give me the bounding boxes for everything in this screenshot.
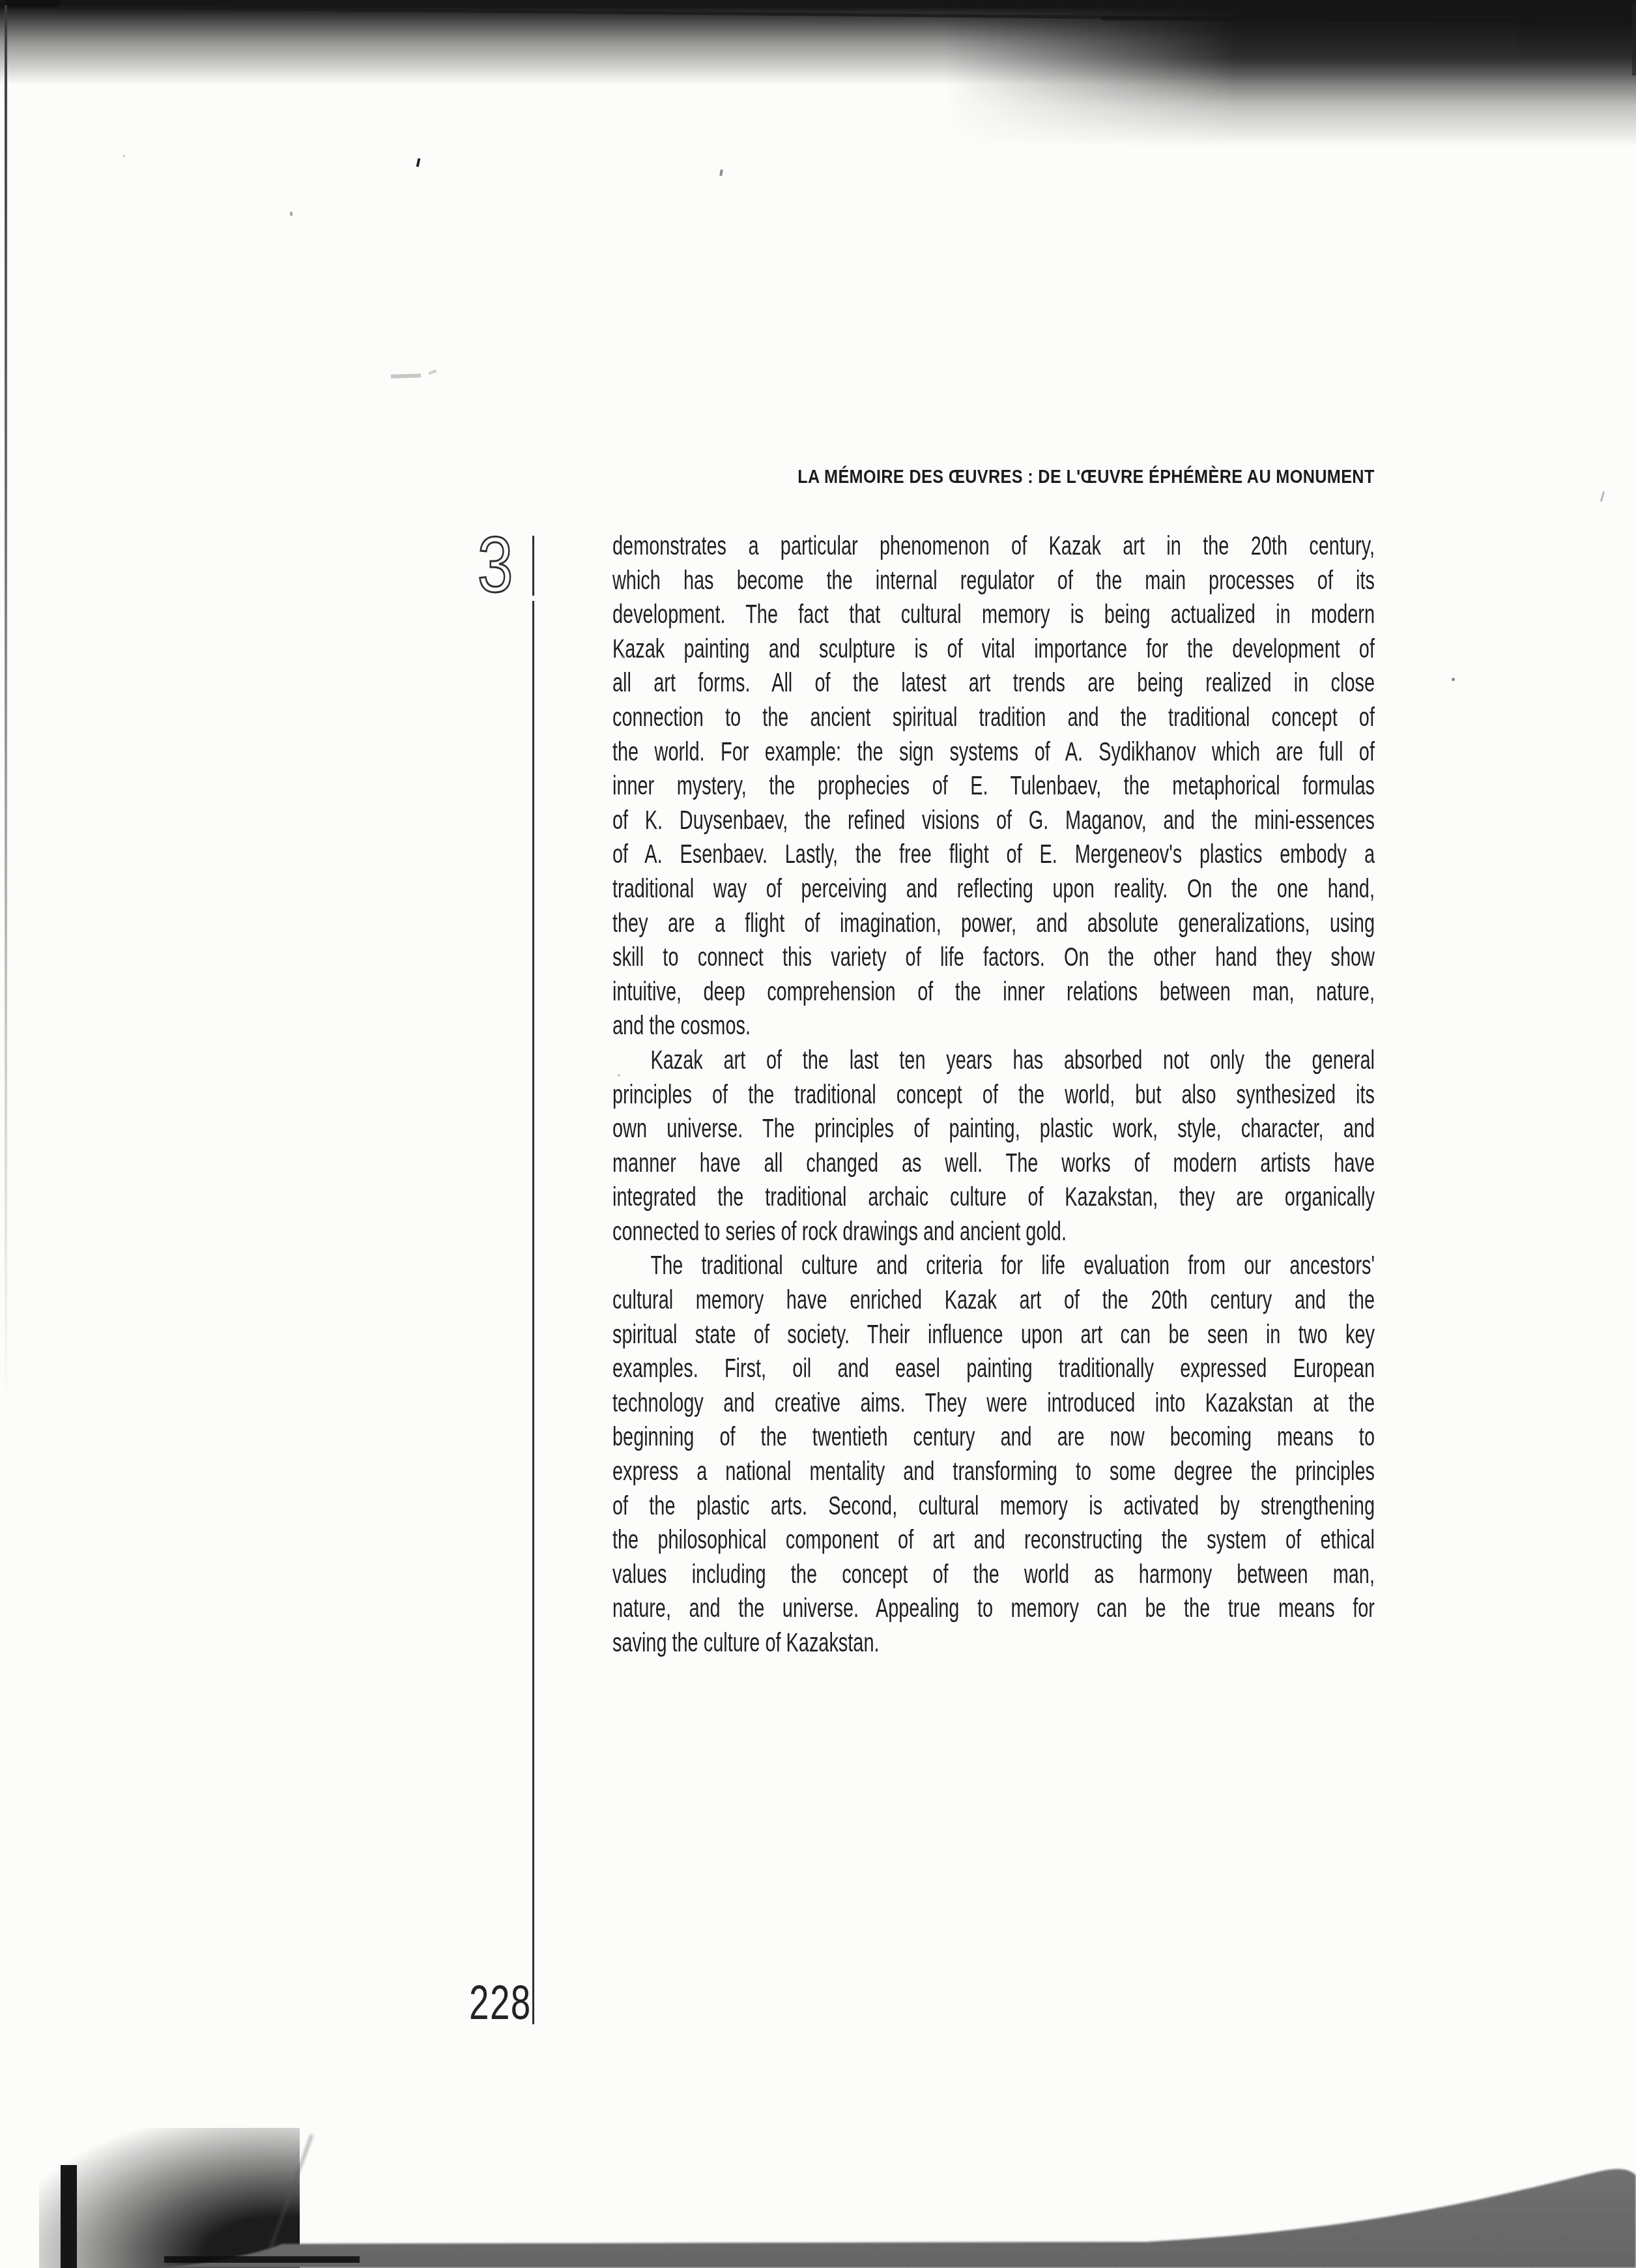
body-line: connection to the ancient spiritual trad…	[612, 701, 1375, 735]
body-line: development. The fact that cultural memo…	[612, 598, 1375, 632]
scan-speck	[123, 155, 125, 157]
body-line: the philosophical component of art and r…	[612, 1523, 1375, 1558]
body-line: integrated the traditional archaic cultu…	[612, 1180, 1375, 1215]
scan-speck	[1452, 678, 1455, 681]
body-line: own universe. The principles of painting…	[612, 1112, 1375, 1146]
paragraph: The traditional culture and criteria for…	[612, 1249, 1375, 1660]
chapter-number-glyph: 3	[478, 522, 513, 609]
scan-shadow-bottom	[0, 2097, 1636, 2268]
body-line: Kazak art of the last ten years has abso…	[612, 1043, 1375, 1078]
body-line: The traditional culture and criteria for…	[612, 1249, 1375, 1283]
scan-top-edge-line	[57, 5, 1636, 24]
scan-right-edge-strip	[1632, 4, 1636, 76]
scan-speck	[416, 158, 421, 167]
body-line: cultural memory have enriched Kazak art …	[612, 1283, 1375, 1318]
scan-top-streak	[1101, 16, 1636, 23]
body-line: and the cosmos.	[612, 1009, 1375, 1043]
body-line: inner mystery, the prophecies of E. Tule…	[612, 769, 1375, 804]
body-line: the world. For example: the sign systems…	[612, 735, 1375, 770]
body-line: technology and creative aims. They were …	[612, 1386, 1375, 1421]
body-line: of A. Esenbaev. Lastly, the free flight …	[612, 837, 1375, 872]
body-line: which has become the internal regulator …	[612, 564, 1375, 598]
page-number: 228	[469, 1979, 532, 2027]
scan-speck	[1600, 491, 1605, 502]
margin-rule	[532, 601, 534, 2024]
body-line: values including the concept of the worl…	[612, 1558, 1375, 1592]
scan-edge-bar	[61, 2165, 77, 2268]
scan-noise-top-right	[945, 0, 1636, 153]
body-line: Kazak painting and sculpture is of vital…	[612, 632, 1375, 667]
body-line: spiritual state of society. Their influe…	[612, 1318, 1375, 1352]
body-line: saving the culture of Kazakstan.	[612, 1626, 1375, 1661]
running-header: LA MÉMOIRE DES ŒUVRES : DE L'ŒUVRE ÉPHÉM…	[798, 467, 1375, 488]
body-line: manner have all changed as well. The wor…	[612, 1146, 1375, 1181]
scan-speck	[429, 370, 437, 375]
body-line: demonstrates a particular phenomenon of …	[612, 529, 1375, 564]
scan-speck	[391, 373, 421, 379]
margin-rule-top	[532, 536, 534, 596]
body-line: they are a flight of imagination, power,…	[612, 907, 1375, 941]
body-line: nature, and the universe. Appealing to m…	[612, 1592, 1375, 1626]
scan-shadow-diagonal	[269, 2134, 313, 2248]
scan-corner-mark	[5, 0, 60, 7]
body-line: principles of the traditional concept of…	[612, 1078, 1375, 1112]
body-line: all art forms. All of the latest art tre…	[612, 666, 1375, 701]
body-line: intuitive, deep comprehension of the inn…	[612, 975, 1375, 1010]
body-text: demonstrates a particular phenomenon of …	[612, 529, 1375, 1661]
chapter-number: 3	[476, 521, 530, 609]
body-line: examples. First, oil and easel painting …	[612, 1352, 1375, 1386]
scan-speck	[290, 212, 293, 216]
scan-noise-top-right-corner	[1518, 0, 1636, 60]
scan-page-edge-line	[5, 5, 7, 1406]
paragraph: demonstrates a particular phenomenon of …	[612, 529, 1375, 1043]
scan-speck	[719, 169, 723, 177]
paragraph: Kazak art of the last ten years has abso…	[612, 1043, 1375, 1249]
body-line: express a national mentality and transfo…	[612, 1455, 1375, 1489]
body-line: connected to series of rock drawings and…	[612, 1215, 1375, 1249]
body-line: beginning of the twentieth century and a…	[612, 1420, 1375, 1455]
scan-noise-top-band	[0, 0, 1636, 85]
body-line: of the plastic arts. Second, cultural me…	[612, 1489, 1375, 1524]
body-line: traditional way of perceiving and reflec…	[612, 872, 1375, 907]
body-line: of K. Duysenbaev, the refined visions of…	[612, 804, 1375, 838]
body-line: skill to connect this variety of life fa…	[612, 940, 1375, 975]
scanned-book-page: { "page": { "header": "LA MÉMOIRE DES ŒU…	[0, 0, 1636, 2268]
scan-noise-bottom-left	[39, 2128, 300, 2268]
